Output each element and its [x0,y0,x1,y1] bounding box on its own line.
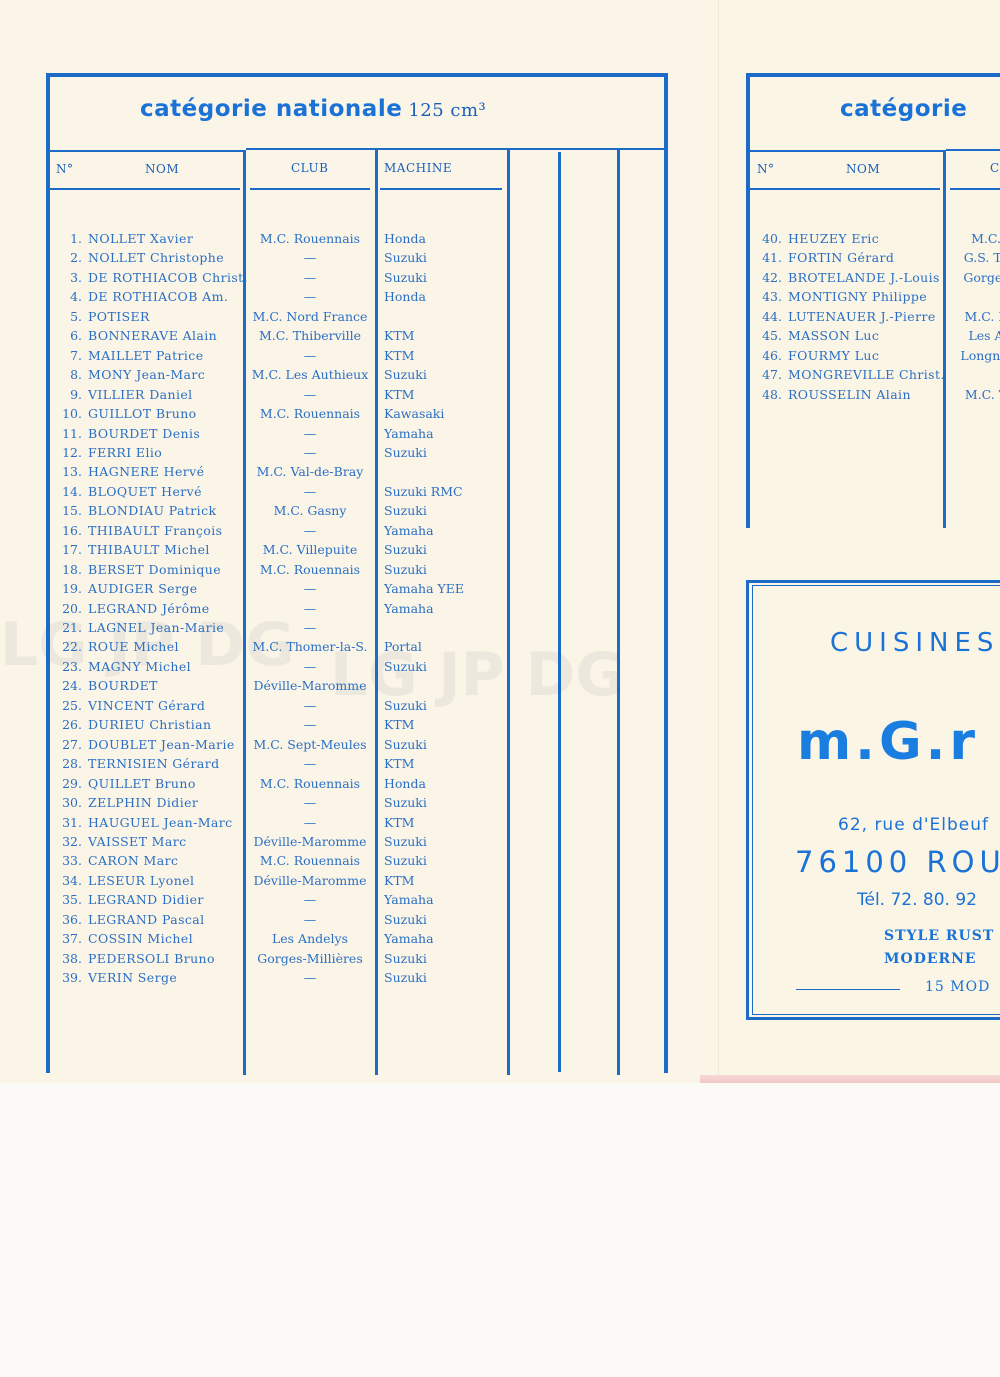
rider-name: VAISSET Marc [88,834,187,849]
rider-number: 20. [56,601,82,616]
ad-style-moderne: MODERNE [884,951,977,967]
rider-number: 19. [56,581,82,596]
rider-number: 41. [756,250,782,265]
rider-club: M.C. Nord France [246,309,374,324]
rider-club: — [246,289,374,304]
rider-club: — [246,698,374,713]
rider-name: BONNERAVE Alain [88,328,217,343]
rider-name: BOURDET Denis [88,426,200,441]
ad-address: 62, rue d'Elbeuf [838,815,989,835]
rider-name: ROUSSELIN Alain [788,387,911,402]
rider-number: 25. [56,698,82,713]
table-row: 3.DE ROTHIACOB Christ.—Suzuki [56,270,616,289]
rider-name: POTISER [88,309,150,324]
table-row: 35.LEGRAND Didier—Yamaha [56,892,616,911]
header-rule [50,188,240,190]
ad-style-rustique: STYLE RUST [884,928,994,944]
rider-name: BOURDET [88,678,158,693]
rider-name: DE ROTHIACOB Christ. [88,270,248,285]
ad-city: 76100 ROU [795,845,1000,879]
rider-machine: KTM [384,756,414,771]
rider-name: PEDERSOLI Bruno [88,951,215,966]
table-row: 25.VINCENT Gérard—Suzuki [56,698,616,717]
rider-number: 39. [56,970,82,985]
page-edge [700,1075,1000,1083]
rider-name: HAUGUEL Jean-Marc [88,815,233,830]
table-row: 13.HAGNERE HervéM.C. Val-de-Bray [56,464,616,483]
rider-club: — [246,620,374,635]
rider-machine: Suzuki [384,912,427,927]
rider-name: THIBAULT Michel [88,542,210,557]
rider-number: 22. [56,639,82,654]
rider-name: DE ROTHIACOB Am. [88,289,228,304]
table-row: 44.LUTENAUER J.-PierreM.C. E [756,309,1000,328]
rider-name: ZELPHIN Didier [88,795,198,810]
table-row: 45.MASSON LucLes A [756,328,1000,347]
rider-club: M.C. E [946,309,1000,324]
rider-name: ROUE Michel [88,639,179,654]
rider-name: THIBAULT François [88,523,222,538]
table-row: 47.MONGREVILLE Christ. [756,367,1000,386]
rider-number: 4. [56,289,82,304]
rider-club: — [246,795,374,810]
rider-number: 27. [56,737,82,752]
rider-machine: Kawasaki [384,406,444,421]
rider-club: — [246,815,374,830]
rider-number: 29. [56,776,82,791]
rider-club: — [246,717,374,732]
header-num: N° [757,162,775,176]
rider-machine: Suzuki [384,834,427,849]
header-club: CL [990,161,1000,175]
header-nom: NOM [145,162,179,176]
rider-number: 3. [56,270,82,285]
table-row: 9.VILLIER Daniel—KTM [56,387,616,406]
header-machine: MACHINE [384,161,452,175]
rider-number: 33. [56,853,82,868]
table-row: 5.POTISERM.C. Nord France [56,309,616,328]
table-row: 24.BOURDETDéville-Maromme [56,678,616,697]
rider-name: HAGNERE Hervé [88,464,204,479]
rider-number: 2. [56,250,82,265]
rider-club: — [246,426,374,441]
table-row: 26.DURIEU Christian—KTM [56,717,616,736]
rider-name: HEUZEY Eric [788,231,879,246]
rider-club: M.C. Gasny [246,503,374,518]
rider-machine: KTM [384,387,414,402]
rider-club: — [246,601,374,616]
rider-name: BERSET Dominique [88,562,221,577]
table-row: 30.ZELPHIN Didier—Suzuki [56,795,616,814]
table-row: 22.ROUE MichelM.C. Thomer-la-S.Portal [56,639,616,658]
rider-name: BLOQUET Hervé [88,484,202,499]
rider-club: — [246,756,374,771]
rider-number: 40. [756,231,782,246]
rider-club: M.C. T [946,387,1000,402]
rider-number: 35. [56,892,82,907]
header-rule [946,149,1000,151]
rider-club: M.C. Rouennais [246,406,374,421]
rider-number: 16. [56,523,82,538]
rider-name: QUILLET Bruno [88,776,196,791]
rider-club: M.C. Rouennais [246,776,374,791]
category-title: catégorie [840,96,967,122]
table-row: 8.MONY Jean-MarcM.C. Les AuthieuxSuzuki [56,367,616,386]
rider-machine: Suzuki [384,367,427,382]
ad-phone: Tél. 72. 80. 92 [857,890,977,910]
table-row: 27.DOUBLET Jean-MarieM.C. Sept-MeulesSuz… [56,737,616,756]
rider-name: LESEUR Lyonel [88,873,194,888]
rider-name: LEGRAND Pascal [88,912,205,927]
rider-club: M.C. Thiberville [246,328,374,343]
rider-machine: Suzuki [384,659,427,674]
table-row: 36.LEGRAND Pascal—Suzuki [56,912,616,931]
right-page-title: catégorie [840,96,967,122]
rider-machine: KTM [384,328,414,343]
rider-number: 46. [756,348,782,363]
table-row: 48.ROUSSELIN AlainM.C. T [756,387,1000,406]
table-row: 40.HEUZEY EricM.C. [756,231,1000,250]
rider-name: VINCENT Gérard [88,698,205,713]
rider-number: 26. [56,717,82,732]
rider-name: TERNISIEN Gérard [88,756,219,771]
rider-machine: Suzuki [384,542,427,557]
rider-club: — [246,523,374,538]
rider-name: DURIEU Christian [88,717,211,732]
rider-club: — [246,250,374,265]
rider-name: GUILLOT Bruno [88,406,197,421]
rider-number: 13. [56,464,82,479]
rider-number: 32. [56,834,82,849]
rider-number: 1. [56,231,82,246]
rider-number: 28. [56,756,82,771]
rider-machine: Yamaha [384,426,434,441]
rider-club: Longny- [946,348,1000,363]
rider-name: NOLLET Xavier [88,231,193,246]
rider-name: FERRI Elio [88,445,162,460]
rider-machine: Honda [384,231,426,246]
rider-club: — [246,581,374,596]
header-num: N° [56,162,74,176]
table-row: 33.CARON MarcM.C. RouennaisSuzuki [56,853,616,872]
table-row: 11.BOURDET Denis—Yamaha [56,426,616,445]
table-row: 42.BROTELANDE J.-LouisGorges [756,270,1000,289]
ad-cuisines: CUISINES [830,628,999,658]
table-row: 46.FOURMY LucLongny- [756,348,1000,367]
rider-number: 18. [56,562,82,577]
rider-number: 47. [756,367,782,382]
header-rule [750,150,944,152]
rider-name: MONGREVILLE Christ. [788,367,945,382]
rider-club: M.C. Rouennais [246,231,374,246]
rider-number: 48. [756,387,782,402]
rider-name: CARON Marc [88,853,178,868]
table-row: 17.THIBAULT MichelM.C. VillepuiteSuzuki [56,542,616,561]
rider-machine: KTM [384,873,414,888]
rider-name: LEGRAND Didier [88,892,204,907]
table-row: 19.AUDIGER Serge—Yamaha YEE [56,581,616,600]
rider-number: 9. [56,387,82,402]
table-row: 29.QUILLET BrunoM.C. RouennaisHonda [56,776,616,795]
rider-number: 44. [756,309,782,324]
rider-number: 11. [56,426,82,441]
category-title: catégorie nationale [140,96,402,122]
rider-name: AUDIGER Serge [88,581,198,596]
table-row: 16.THIBAULT François—Yamaha [56,523,616,542]
rider-club: M.C. Sept-Meules [246,737,374,752]
rider-club: M.C. Villepuite [246,542,374,557]
rider-machine: KTM [384,815,414,830]
rider-club: Gorges-Millières [246,951,374,966]
table-row: 1.NOLLET XavierM.C. RouennaisHonda [56,231,616,250]
rider-name: DOUBLET Jean-Marie [88,737,235,752]
rider-name: NOLLET Christophe [88,250,224,265]
rider-machine: Yamaha [384,892,434,907]
rider-club: — [246,970,374,985]
rider-machine: Yamaha [384,931,434,946]
rider-number: 6. [56,328,82,343]
rider-machine: Yamaha [384,523,434,538]
rider-club: M.C. Rouennais [246,853,374,868]
rider-club: M.C. Val-de-Bray [246,464,374,479]
rider-club: — [246,270,374,285]
rider-club: — [246,892,374,907]
rider-machine: Suzuki RMC [384,484,463,499]
rider-machine: Yamaha [384,601,434,616]
rider-number: 36. [56,912,82,927]
rider-name: FOURMY Luc [788,348,879,363]
rider-machine: Suzuki [384,250,427,265]
rider-club: M.C. Thomer-la-S. [246,639,374,654]
left-page-title: catégorie nationale125 cm³ [140,96,486,122]
rider-number: 14. [56,484,82,499]
rider-number: 34. [56,873,82,888]
rider-number: 30. [56,795,82,810]
header-rule [246,148,666,150]
header-rule [50,150,244,152]
table-row: 41.FORTIN GérardG.S. To [756,250,1000,269]
table-row: 6.BONNERAVE AlainM.C. ThibervilleKTM [56,328,616,347]
rider-club: Déville-Maromme [246,678,374,693]
table-row: 43.MONTIGNY Philippe [756,289,1000,308]
rider-club: M.C. Les Authieux [246,367,374,382]
rider-number: 37. [56,931,82,946]
rider-machine: Suzuki [384,737,427,752]
rider-machine: Suzuki [384,445,427,460]
rider-machine: Suzuki [384,698,427,713]
table-row: 23.MAGNY Michel—Suzuki [56,659,616,678]
rider-club: M.C. [946,231,1000,246]
rider-number: 45. [756,328,782,343]
rider-number: 21. [56,620,82,635]
rider-club: M.C. Rouennais [246,562,374,577]
header-nom: NOM [846,162,880,176]
rider-machine: Suzuki [384,795,427,810]
column-divider [617,150,620,1075]
rider-machine: KTM [384,348,414,363]
rider-number: 12. [56,445,82,460]
table-row: 2.NOLLET Christophe—Suzuki [56,250,616,269]
rider-club: — [246,348,374,363]
ad-rule [796,989,900,990]
rider-number: 31. [56,815,82,830]
rider-name: BROTELANDE J.-Louis [788,270,940,285]
rider-name: MONTIGNY Philippe [788,289,927,304]
rider-name: LAGNEL Jean-Marie [88,620,224,635]
rider-name: VILLIER Daniel [88,387,193,402]
rider-machine: KTM [384,717,414,732]
rider-club: — [246,484,374,499]
header-club: CLUB [291,161,328,175]
rider-club: Les Andelys [246,931,374,946]
header-rule [750,188,940,190]
rider-machine: Yamaha YEE [384,581,464,596]
rider-number: 10. [56,406,82,421]
ad-brand: m.G.r [797,712,979,772]
rider-machine: Suzuki [384,970,427,985]
rider-name: MAGNY Michel [88,659,191,674]
rider-name: COSSIN Michel [88,931,193,946]
table-row: 39.VERIN Serge—Suzuki [56,970,616,989]
rider-club: — [246,445,374,460]
rider-number: 7. [56,348,82,363]
rider-machine: Honda [384,776,426,791]
rider-machine: Portal [384,639,422,654]
table-row: 14.BLOQUET Hervé—Suzuki RMC [56,484,616,503]
rider-machine: Suzuki [384,853,427,868]
rider-number: 24. [56,678,82,693]
table-row: 12.FERRI Elio—Suzuki [56,445,616,464]
rider-name: MAILLET Patrice [88,348,204,363]
rider-machine: Suzuki [384,270,427,285]
rider-machine: Suzuki [384,951,427,966]
rider-number: 15. [56,503,82,518]
header-rule [380,188,502,190]
rider-name: BLONDIAU Patrick [88,503,216,518]
table-row: 20.LEGRAND Jérôme—Yamaha [56,601,616,620]
rider-number: 5. [56,309,82,324]
table-row: 10.GUILLOT BrunoM.C. RouennaisKawasaki [56,406,616,425]
table-row: 28.TERNISIEN Gérard—KTM [56,756,616,775]
rider-club: Les A [946,328,1000,343]
rider-machine: Honda [384,289,426,304]
table-row: 31.HAUGUEL Jean-Marc—KTM [56,815,616,834]
table-row: 7.MAILLET Patrice—KTM [56,348,616,367]
ad-models: 15 MOD [925,979,990,995]
header-rule [950,188,1000,190]
rider-number: 42. [756,270,782,285]
table-row: 21.LAGNEL Jean-Marie— [56,620,616,639]
table-row: 34.LESEUR LyonelDéville-MarommeKTM [56,873,616,892]
rider-club: — [246,387,374,402]
rider-number: 23. [56,659,82,674]
rider-club: G.S. To [946,250,1000,265]
category-unit: 125 cm³ [408,100,486,121]
rider-number: 38. [56,951,82,966]
rider-name: VERIN Serge [88,970,177,985]
table-row: 37.COSSIN MichelLes AndelysYamaha [56,931,616,950]
rider-club: Déville-Maromme [246,834,374,849]
table-row: 32.VAISSET MarcDéville-MarommeSuzuki [56,834,616,853]
table-row: 15.BLONDIAU PatrickM.C. GasnySuzuki [56,503,616,522]
rider-machine: Suzuki [384,503,427,518]
rider-club: Déville-Maromme [246,873,374,888]
rider-name: FORTIN Gérard [788,250,894,265]
table-row: 4.DE ROTHIACOB Am.—Honda [56,289,616,308]
rider-name: LUTENAUER J.-Pierre [788,309,936,324]
header-rule [250,188,370,190]
rider-name: LEGRAND Jérôme [88,601,210,616]
rider-club: Gorges [946,270,1000,285]
rider-club: — [246,659,374,674]
rider-name: MONY Jean-Marc [88,367,205,382]
table-row: 38.PEDERSOLI BrunoGorges-MillièresSuzuki [56,951,616,970]
table-row: 18.BERSET DominiqueM.C. RouennaisSuzuki [56,562,616,581]
rider-number: 43. [756,289,782,304]
rider-name: MASSON Luc [788,328,879,343]
rider-number: 8. [56,367,82,382]
rider-machine: Suzuki [384,562,427,577]
rider-number: 17. [56,542,82,557]
rider-club: — [246,912,374,927]
